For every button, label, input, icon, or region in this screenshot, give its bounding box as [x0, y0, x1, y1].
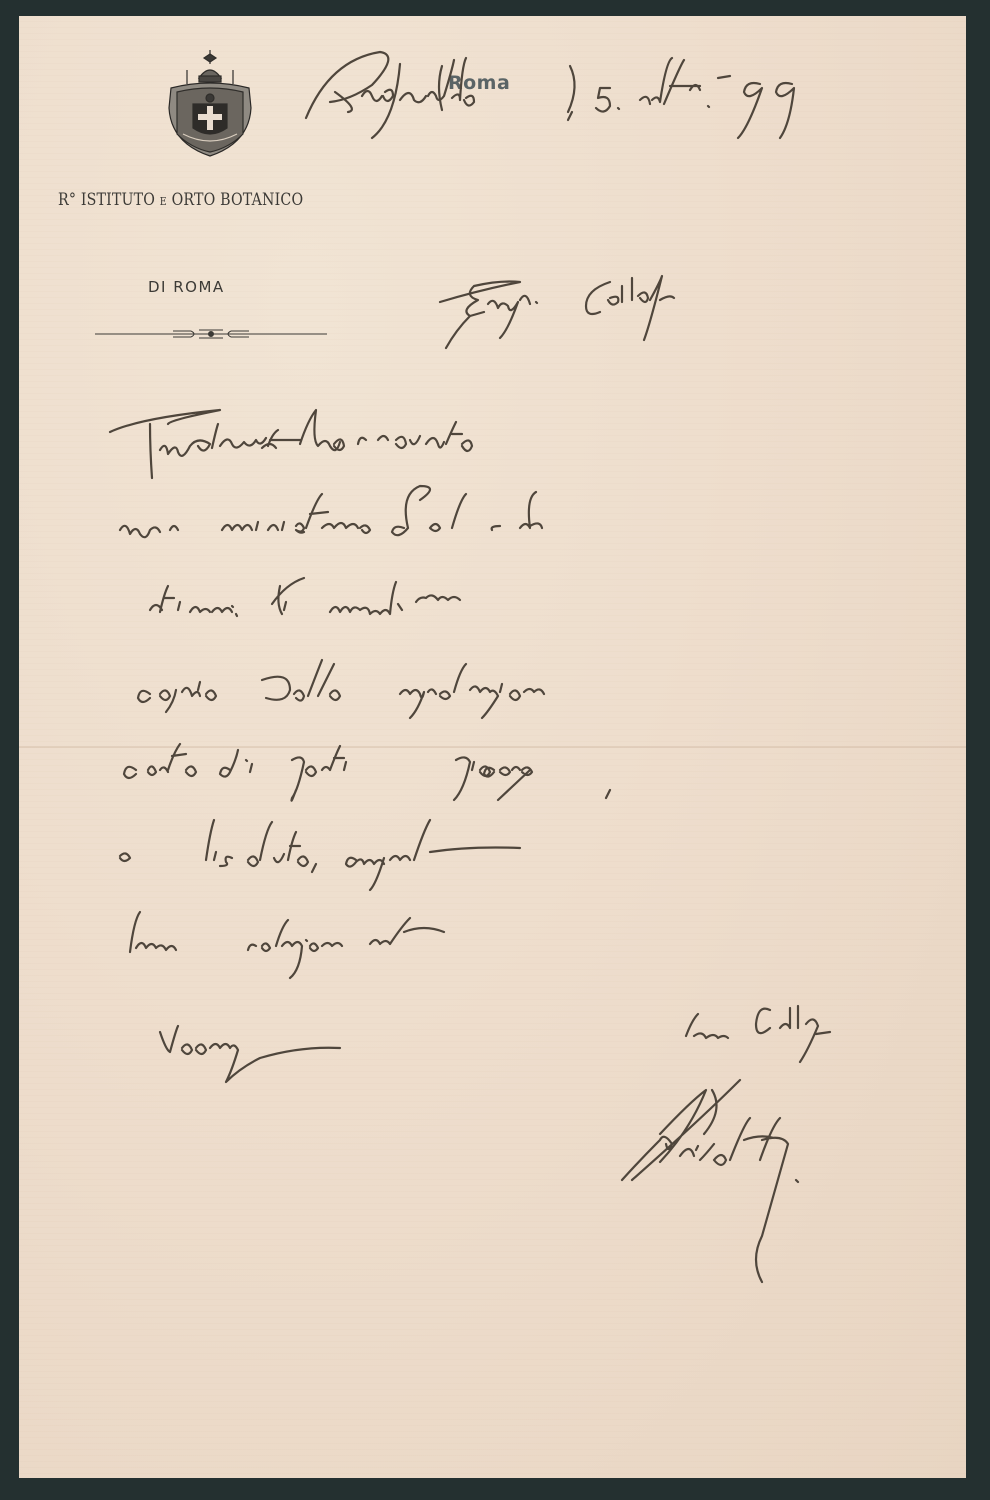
letterhead-city: DI ROMA [148, 278, 225, 296]
place-stamp: Roma [448, 72, 510, 94]
date-line: Riofreddo (Roma), 5. sett.e 99 [0, 0, 1, 1]
transcription: Riofreddo (Roma), 5. sett.e 99 Egregio C… [0, 0, 1, 1]
letterhead-prefix: R° [58, 190, 76, 209]
letterhead-istituto: ISTITUTO [81, 190, 155, 209]
letterhead-orto-botanico: ORTO BOTANICO [172, 190, 304, 209]
letterhead-institute: R° ISTITUTO E ORTO BOTANICO [58, 190, 333, 209]
letterhead-conjunction: E [160, 195, 167, 208]
coat-of-arms-icon [163, 48, 257, 158]
paper-fold [19, 746, 966, 748]
letter-paper [19, 16, 966, 1478]
decorative-rule-icon [95, 328, 327, 340]
